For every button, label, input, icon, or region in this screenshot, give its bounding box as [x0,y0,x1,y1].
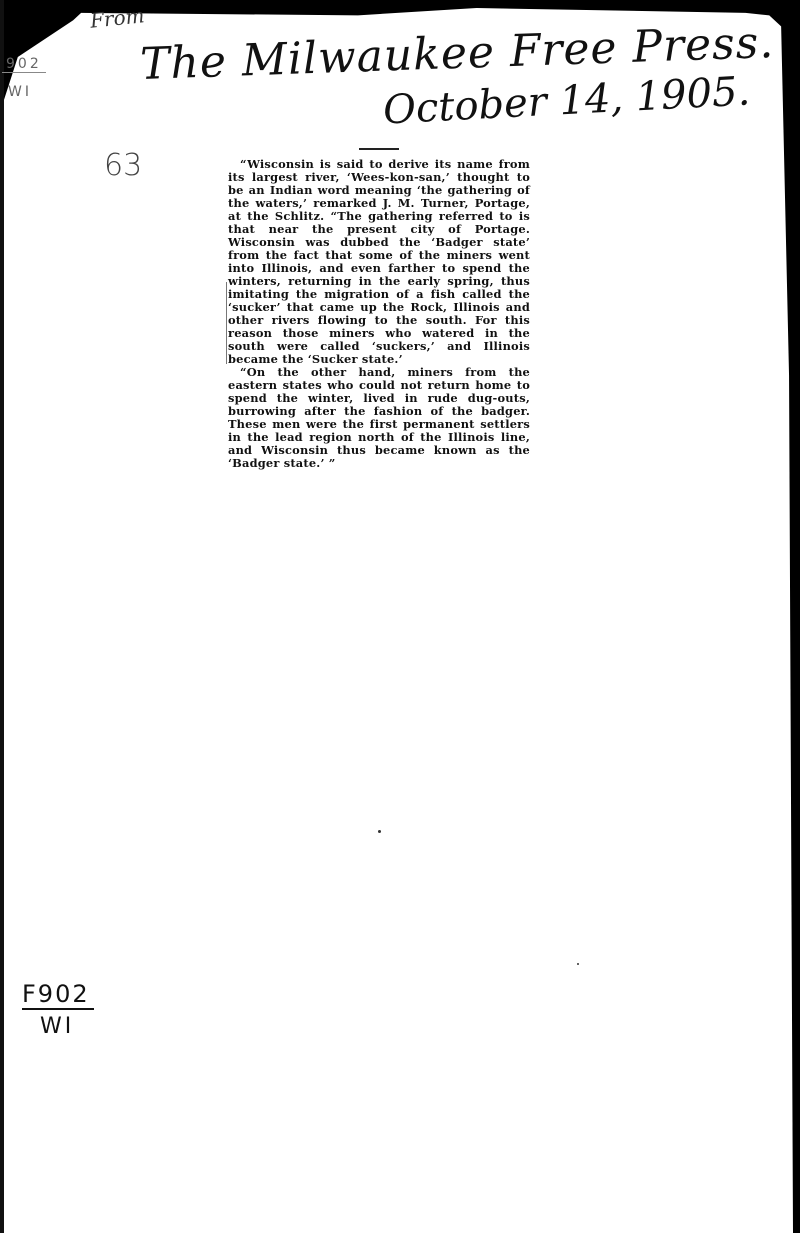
archive-code-bottom: F902 [22,980,94,1010]
article-paragraph-1: “Wisconsin is said to derive its name fr… [228,158,530,366]
handwritten-page-number: 63 [104,148,142,183]
newspaper-clipping: “Wisconsin is said to derive its name fr… [228,148,530,470]
archive-state-bottom: WI [40,1014,74,1039]
clipping-edge [226,282,227,364]
scan-speck [577,963,579,965]
archive-state-top: WI [8,84,32,100]
archive-code-top: 902 [2,56,46,73]
article-paragraph-2: “On the other hand, miners from the east… [228,366,530,470]
article-body: “Wisconsin is said to derive its name fr… [228,158,530,470]
clipping-rule [359,148,399,150]
scan-speck [378,830,381,833]
page-edge-shadow [0,0,4,1233]
